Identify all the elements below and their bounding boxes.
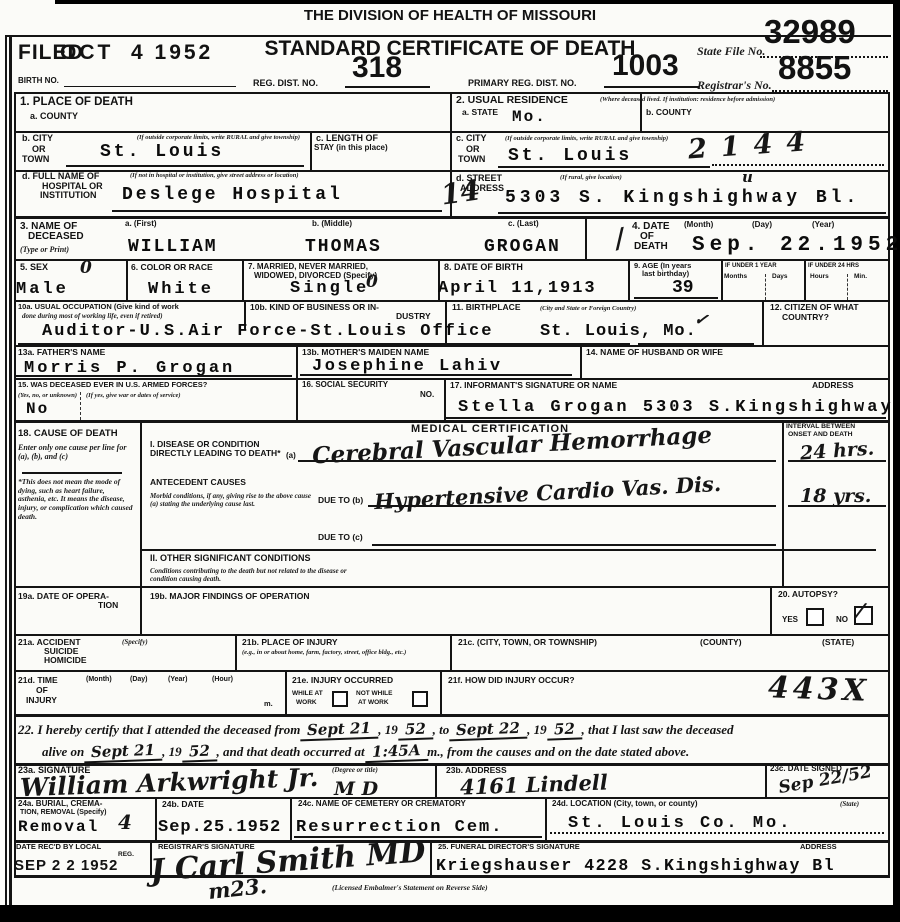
field-2c-value: St. Louis — [508, 146, 632, 166]
division-title: THE DIVISION OF HEALTH OF MISSOURI — [230, 8, 670, 24]
field-3a-value: WILLIAM — [128, 237, 218, 257]
field-1b-label: TOWN — [22, 155, 49, 165]
value-line — [368, 505, 776, 507]
field-11-note: (City and State or Foreign Country) — [540, 305, 636, 312]
field-23b-value: 4161 Lindell — [460, 769, 609, 799]
grid-line — [444, 378, 446, 420]
field-4-handwriting-mark: / — [612, 223, 628, 254]
grid-line — [770, 586, 772, 634]
field-10b-label: 10b. KIND OF BUSINESS OR IN- — [250, 303, 379, 312]
statement-text: , 19 — [378, 722, 398, 738]
field-21c-label: 21c. (CITY, TOWN, OR TOWNSHIP) — [458, 638, 597, 647]
field-21f-handwriting: 443X — [767, 670, 870, 709]
field-24a-label: TION, REMOVAL (Specify) — [20, 809, 106, 817]
grid-line — [14, 92, 890, 94]
value-line — [550, 832, 884, 834]
reg-dist-value: 318 — [352, 52, 402, 84]
field-1c-label: STAY (in this place) — [314, 144, 388, 153]
field-21d-label: OF — [36, 686, 48, 695]
field-25-label: 25. FUNERAL DIRECTOR'S SIGNATURE — [438, 843, 580, 851]
statement-text: , 19 — [527, 722, 547, 738]
field-10a-label: 10a. USUAL OCCUPATION (Give kind of work — [18, 303, 179, 311]
field-18-note: *This does not mean the mode of dying, s… — [18, 478, 134, 521]
doc-border-left-inner — [9, 35, 12, 905]
field-2-note: (Where deceased lived. If institution: r… — [600, 96, 886, 103]
reg-dist-line — [345, 86, 430, 88]
grid-line — [140, 420, 142, 586]
scan-edge-top — [55, 0, 900, 4]
field-24a-handwriting-mark: 4 — [118, 810, 132, 834]
value-line — [712, 164, 884, 166]
statement-handwriting: Sept 22 — [449, 719, 528, 742]
field-2a-value: Mo. — [512, 108, 547, 126]
field-23a-degree-label: (Degree or title) — [332, 766, 378, 774]
value-line — [446, 417, 886, 419]
divider — [22, 472, 122, 474]
field-19a-label: TION — [98, 601, 118, 610]
grid-line — [847, 274, 848, 300]
grid-line — [290, 797, 292, 840]
not-while-at-work-checkbox — [412, 691, 428, 707]
field-6-value: White — [148, 280, 214, 299]
birth-no-label: BIRTH NO. — [18, 77, 59, 86]
grid-line — [14, 670, 890, 672]
reg-dist-label: REG. DIST. NO. — [253, 79, 318, 89]
field-3c-value: GROGAN — [484, 237, 561, 257]
field-9-under1-label: IF UNDER 1 YEAR — [725, 263, 777, 269]
statement-text: 22. I hereby certify that I attended the… — [18, 722, 300, 738]
grid-line — [585, 216, 587, 259]
field-2d-note: (If rural, give location) — [560, 174, 622, 181]
field-2c-handwriting-mark: u — [742, 168, 753, 186]
value-line — [112, 210, 442, 212]
field-1b-label: b. CITY — [22, 134, 53, 144]
grid-line — [14, 345, 890, 347]
grid-line — [285, 670, 287, 714]
field-9-hours-label: Hours — [810, 273, 829, 280]
grid-line — [14, 586, 890, 588]
field-21d-m-label: m. — [264, 700, 273, 708]
grid-line — [435, 763, 437, 797]
field-16-label: 16. SOCIAL SECURITY — [302, 381, 388, 390]
antecedent-causes-label: ANTECEDENT CAUSES — [150, 478, 246, 487]
field-21d-year-label: (Year) — [168, 676, 187, 684]
grid-line — [545, 797, 547, 840]
field-24c-label: 24c. NAME OF CEMETERY OR CREMATORY — [298, 800, 466, 809]
field-21d-label: INJURY — [26, 696, 57, 705]
grid-line — [14, 259, 890, 261]
grid-line — [14, 634, 890, 636]
filed-stamp-date: OCT 4 1952 — [60, 42, 213, 65]
other-conditions-note: Conditions contributing to the death but… — [150, 567, 375, 583]
field-4-year-label: (Year) — [812, 221, 834, 230]
grid-line — [888, 92, 890, 878]
value-line — [788, 505, 886, 507]
state-file-value: 32989 — [764, 14, 856, 50]
due-to-c-label: DUE TO (c) — [318, 533, 363, 542]
field-3-label: DECEASED — [28, 232, 84, 243]
field-24a-label: 24a. BURIAL, CREMA- — [18, 800, 102, 809]
field-8-value: April 11,1913 — [438, 279, 597, 298]
other-conditions-label: II. OTHER SIGNIFICANT CONDITIONS — [150, 554, 311, 564]
field-1a-label: a. COUNTY — [30, 112, 78, 122]
statement-handwriting: 52 — [397, 719, 433, 740]
statement-text: m., from the causes and on the date stat… — [427, 744, 689, 760]
statement-text: , 19 — [162, 744, 182, 760]
autopsy-no-label: NO — [836, 616, 848, 625]
field-9-months-label: Months — [724, 273, 747, 280]
birth-no-line — [64, 86, 236, 87]
field-12-label: COUNTRY? — [782, 313, 829, 322]
field-13b-label: 13b. MOTHER'S MAIDEN NAME — [302, 348, 429, 357]
grid-line — [762, 300, 764, 345]
field-21d-day-label: (Day) — [130, 676, 148, 684]
value-line — [498, 212, 886, 214]
grid-line — [580, 345, 582, 378]
grid-line — [721, 259, 723, 300]
field-21d-label: 21d. TIME — [18, 676, 58, 685]
field-17-value: Stella Grogan 5303 S.Kingshighway — [458, 398, 894, 417]
field-2a-label: a. STATE — [462, 108, 498, 117]
field-9-label: last birthday) — [642, 270, 689, 278]
grid-line — [765, 274, 766, 300]
field-1-label: 1. PLACE OF DEATH — [20, 96, 133, 108]
grid-line — [14, 714, 890, 717]
state-file-label: State File No. — [697, 45, 765, 59]
field-17-label: 17. INFORMANT'S SIGNATURE OR NAME — [450, 381, 617, 390]
grid-line — [242, 259, 244, 300]
field-19a-label: 19a. DATE OF OPERA- — [18, 592, 109, 601]
grid-line — [14, 875, 890, 878]
field-3a-label: a. (First) — [125, 220, 157, 229]
statement-handwriting: 1:45A — [364, 741, 427, 763]
interval-label: ONSET AND DEATH — [788, 431, 853, 438]
field-21e-label: 21e. INJURY OCCURRED — [292, 676, 393, 685]
field-18b-value: Hypertensive Cardio Vas. Dis. — [374, 471, 722, 514]
field-21e-while-label: WHILE AT — [292, 690, 323, 697]
registrar-no-label: Registrar's No. — [697, 79, 772, 93]
field-18a-label: DIRECTLY LEADING TO DEATH* — [150, 449, 281, 458]
field-12-label: 12. CITIZEN OF WHAT — [770, 303, 859, 312]
field-15-note: (Yes, no, or unknown) — [18, 392, 77, 399]
grid-line — [155, 797, 157, 840]
field-25-address-label: ADDRESS — [800, 843, 837, 851]
date-recd-label: DATE REC'D BY LOCAL — [16, 843, 101, 851]
grid-line — [235, 634, 237, 670]
field-24b-label: 24b. DATE — [162, 800, 204, 809]
grid-line — [440, 670, 442, 714]
grid-line — [430, 840, 432, 875]
field-21b-label: 21b. PLACE OF INJURY — [242, 638, 338, 647]
field-7-handwriting-mark: 0 — [366, 272, 378, 292]
scan-edge-right — [893, 0, 900, 922]
grid-line — [782, 420, 784, 586]
grid-line — [628, 259, 630, 300]
antecedent-causes-note: Morbid conditions, if any, giving rise t… — [150, 492, 312, 508]
field-2b-label: b. COUNTY — [646, 108, 692, 117]
field-9-min-label: Min. — [854, 273, 867, 280]
statement-handwriting: Sept 21 — [84, 741, 163, 764]
statement-text: , to — [433, 722, 450, 738]
field-2c-label: TOWN — [458, 155, 485, 165]
field-21a-note: (Specify) — [122, 638, 148, 646]
field-24d-value: St. Louis Co. Mo. — [568, 814, 792, 833]
field-18-note: Enter only one cause per line for (a), (… — [18, 443, 132, 461]
field-21d-month-label: (Month) — [86, 676, 112, 684]
field-4-value: Sep. 22.1952 — [692, 234, 900, 257]
value-line — [498, 166, 710, 168]
value-line — [638, 343, 754, 345]
primary-reg-dist-value: 1003 — [612, 50, 679, 82]
field-21e-while-label: WORK — [296, 699, 317, 706]
death-certificate-scan: THE DIVISION OF HEALTH OF MISSOURI STAND… — [0, 0, 900, 922]
registrar-signature-mark: m23. — [207, 873, 268, 904]
field-21e-notwhile-label: NOT WHILE — [356, 690, 392, 697]
field-15-label: 15. WAS DECEASED EVER IN U.S. ARMED FORC… — [18, 381, 207, 389]
doc-border-left-outer — [5, 35, 7, 905]
field-11-handwriting-mark: ✓ — [693, 309, 710, 331]
grid-line — [126, 259, 128, 300]
value-line — [788, 460, 886, 462]
field-10b-label: DUSTRY — [396, 312, 431, 321]
value-line — [300, 374, 572, 376]
certification-statement-line2: alive on Sept 21 , 19 52 , and that deat… — [42, 742, 689, 762]
grid-line — [804, 259, 806, 300]
field-3c-label: c. (Last) — [508, 220, 539, 229]
field-21e-notwhile-label: AT WORK — [358, 699, 389, 706]
autopsy-yes-checkbox — [806, 608, 824, 626]
autopsy-yes-label: YES — [782, 616, 798, 625]
field-21b-note: (e.g., in or about home, farm, factory, … — [242, 649, 432, 656]
statement-handwriting: 52 — [546, 719, 582, 740]
field-5-handwriting-mark: 0 — [80, 258, 92, 278]
field-16-label: NO. — [420, 391, 434, 400]
grid-line — [80, 392, 81, 420]
field-1d-label: INSTITUTION — [40, 191, 97, 201]
value-line — [18, 343, 630, 345]
field-4-label: DEATH — [634, 242, 668, 253]
field-21a-label: HOMICIDE — [44, 656, 87, 665]
due-to-b-label: DUE TO (b) — [318, 496, 363, 505]
field-3b-label: b. (Middle) — [312, 220, 352, 229]
field-20-label: 20. AUTOPSY? — [778, 590, 838, 599]
field-4-day-label: (Day) — [752, 221, 772, 230]
field-19b-label: 19b. MAJOR FINDINGS OF OPERATION — [150, 592, 309, 601]
statement-handwriting: Sept 21 — [300, 719, 379, 742]
field-25-value: Kriegshauser 4228 S.Kingshighway Bl — [436, 856, 835, 875]
field-6-label: 6. COLOR OR RACE — [131, 263, 213, 272]
degree-value: M D — [334, 778, 378, 800]
certificate-title: STANDARD CERTIFICATE OF DEATH — [240, 38, 660, 61]
field-4-month-label: (Month) — [684, 221, 713, 230]
value-line — [634, 297, 718, 299]
date-recd-label: REG. — [118, 851, 134, 858]
field-24c-value: Resurrection Cem. — [296, 818, 503, 837]
field-5-value: Male — [16, 280, 69, 299]
field-13a-label: 13a. FATHER'S NAME — [18, 348, 105, 357]
statement-text: alive on — [42, 744, 84, 760]
field-2c-note: (If outside corporate limits, write RURA… — [505, 135, 668, 142]
date-recd-stamp: SEP 2 2 1952 — [14, 858, 118, 874]
grid-line — [310, 131, 312, 170]
value-line — [298, 460, 776, 462]
grid-line — [140, 586, 142, 634]
divider — [140, 549, 876, 551]
registrar-no-value: 8855 — [778, 50, 851, 86]
grid-line — [296, 378, 298, 420]
field-2-label: 2. USUAL RESIDENCE — [456, 95, 568, 106]
embalmer-note: (Licensed Embalmer's Statement on Revers… — [332, 884, 488, 893]
field-10a-note: done during most of working life, even i… — [22, 312, 163, 320]
interval-label: INTERVAL BETWEEN — [786, 423, 855, 430]
field-14-label: 14. NAME OF HUSBAND OR WIFE — [586, 348, 723, 357]
field-2d-handwriting: 14 — [439, 173, 482, 211]
statement-text: , and that death occurred at — [217, 744, 365, 760]
field-5-label: 5. SEX — [20, 263, 48, 273]
field-21c-county-label: (COUNTY) — [700, 638, 742, 647]
grid-line — [296, 345, 298, 378]
field-9-value: 39 — [672, 278, 694, 298]
field-18b-interval: 18 yrs. — [800, 485, 871, 507]
value-line — [66, 165, 304, 167]
field-21d-hour-label: (Hour) — [212, 676, 233, 684]
scan-edge-bottom — [0, 905, 900, 922]
field-8-label: 8. DATE OF BIRTH — [444, 263, 523, 273]
field-15-note: (If yes, give war or dates of service) — [86, 392, 226, 399]
field-1d-value: Deslege Hospital — [122, 185, 343, 205]
field-11-label: 11. BIRTHPLACE — [452, 303, 521, 312]
field-1d-note: (If not in hospital or institution, give… — [130, 172, 298, 179]
field-24d-label: 24d. LOCATION (City, town, or county) — [552, 800, 697, 809]
field-10a-value: Auditor-U.S.Air Force-St.Louis Office — [42, 322, 493, 341]
value-line — [16, 375, 292, 377]
field-9-under24-label: IF UNDER 24 HRS — [808, 263, 859, 269]
statement-text: , that I last saw the deceased — [582, 722, 734, 738]
field-11-value: St. Louis, Mo. — [540, 322, 697, 341]
field-3b-value: THOMAS — [305, 237, 382, 257]
field-2d-value: 5303 S. Kingshighway Bl. — [505, 188, 860, 208]
field-21c-state-label: (STATE) — [822, 638, 854, 647]
grid-line — [450, 634, 452, 670]
certification-statement-line1: 22. I hereby certify that I attended the… — [18, 720, 734, 740]
field-24d-state-label: (State) — [840, 800, 859, 808]
field-17-address-label: ADDRESS — [812, 381, 854, 390]
statement-handwriting: 52 — [181, 741, 217, 762]
field-1b-value: St. Louis — [100, 142, 224, 162]
field-2c-label: c. CITY — [456, 134, 487, 144]
field-9-days-label: Days — [772, 273, 788, 280]
while-at-work-checkbox — [332, 691, 348, 707]
field-18-label: 18. CAUSE OF DEATH — [18, 429, 118, 439]
value-line — [372, 544, 776, 546]
primary-reg-dist-label: PRIMARY REG. DIST. NO. — [468, 79, 577, 89]
field-21f-label: 21f. HOW DID INJURY OCCUR? — [448, 676, 575, 685]
field-24b-value: Sep.25.1952 — [158, 818, 281, 837]
grid-line — [14, 92, 16, 878]
primary-reg-dist-line — [604, 86, 699, 88]
field-24a-value: Removal — [18, 818, 99, 836]
field-18a-sublabel: (a) — [286, 452, 296, 461]
field-15-value: No — [26, 400, 49, 418]
field-1b-note: (If outside corporate limits, write RURA… — [88, 134, 300, 141]
grid-line — [765, 763, 767, 797]
field-7-value: Single — [290, 279, 369, 298]
field-3-note: (Type or Print) — [20, 245, 69, 254]
